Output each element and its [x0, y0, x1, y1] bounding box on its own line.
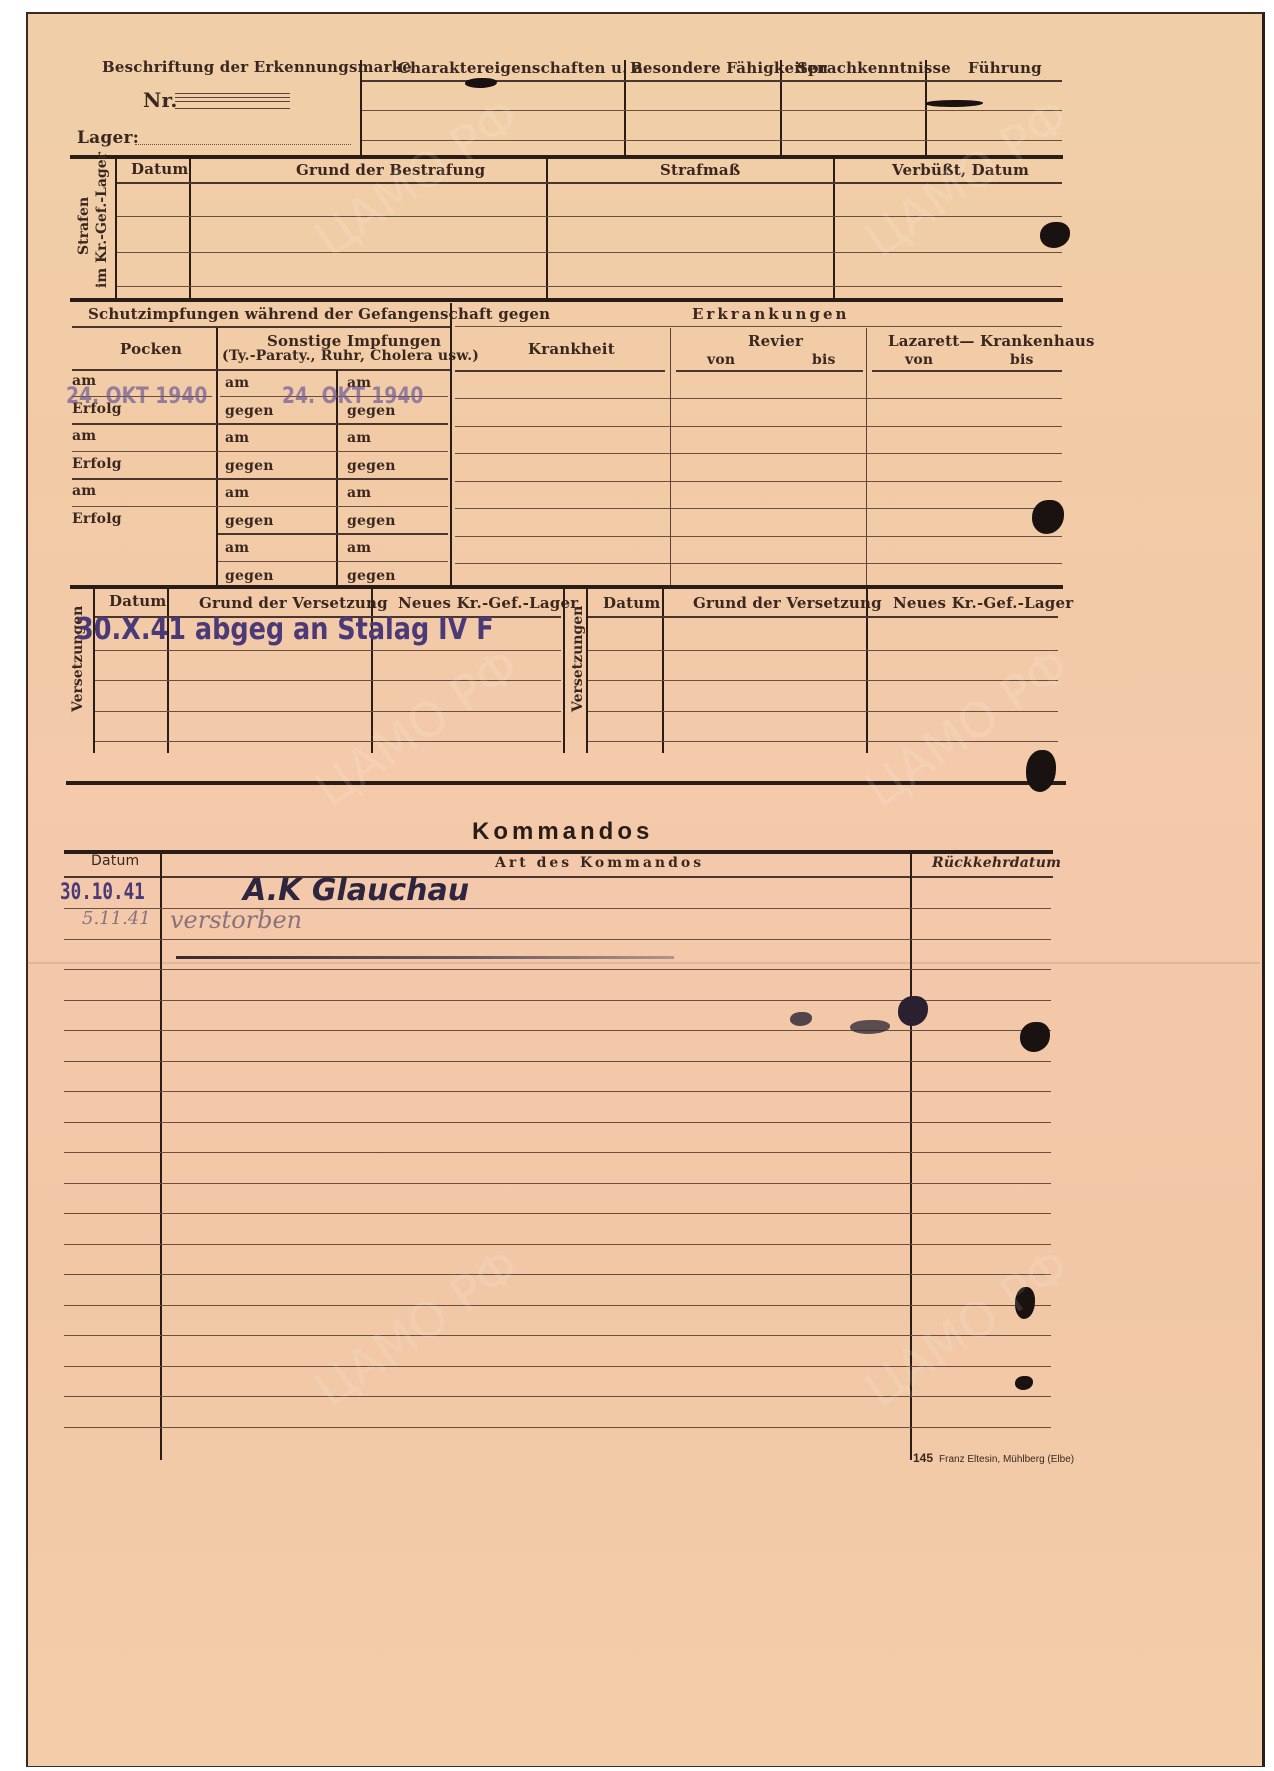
- kommandos-title: Kommandos: [472, 818, 653, 846]
- other-am-3a: am: [225, 485, 249, 501]
- other-am-2a: am: [225, 430, 249, 446]
- print-number: 145: [913, 1451, 933, 1465]
- tag-inscription-label: Beschriftung der Erkennungsmarke: [102, 58, 412, 76]
- other-gegen-4b: gegen: [347, 568, 396, 584]
- vaccination-date-stamp-2: 24. OKT 1940: [282, 384, 423, 409]
- other-am-4a: am: [225, 540, 249, 556]
- punishments-side-label-2: im Kr.-Gef.-Lager: [94, 152, 110, 288]
- kommando-row-2-date: 5.11.41: [82, 908, 151, 929]
- col-datum: Datum: [131, 160, 188, 178]
- infirmary-label: Revier: [748, 332, 803, 350]
- transfer-stamp: 30.X.41 abgeg an Stalag IV F: [76, 612, 494, 647]
- kommando-row-1-date: 30.10.41: [60, 880, 145, 905]
- transfer-col-datum-2: Datum: [603, 594, 660, 612]
- other-am-1a: am: [225, 375, 249, 391]
- transfer-col-reason: Grund der Versetzung: [199, 594, 388, 612]
- vaccination-date-stamp-1: 24. OKT 1940: [66, 384, 207, 409]
- nr-label: Nr.: [143, 88, 178, 112]
- smallpox-am-2: am: [72, 428, 96, 444]
- kommando-col-type: Art des Kommandos: [495, 855, 704, 871]
- hospital-from: von: [905, 352, 933, 368]
- smallpox-erfolg-3: Erfolg: [72, 511, 122, 527]
- infirmary-from: von: [707, 352, 735, 368]
- kommando-row-2-type: verstorben: [170, 906, 302, 934]
- other-vaccinations-sublabel: (Ty.-Paraty., Ruhr, Cholera usw.): [222, 348, 479, 364]
- transfer-col-reason-2: Grund der Versetzung: [693, 594, 882, 612]
- fold-line: [26, 962, 1260, 964]
- illnesses-title: Erkrankungen: [692, 305, 849, 323]
- col-penalty: Strafmaß: [660, 161, 740, 179]
- other-am-4b: am: [347, 540, 371, 556]
- other-am-3b: am: [347, 485, 371, 501]
- printer-imprint: 145Franz Eltesin, Mühlberg (Elbe): [913, 1451, 1074, 1465]
- transfer-col-datum: Datum: [109, 592, 166, 610]
- other-gegen-2a: gegen: [225, 458, 274, 474]
- other-gegen-1a: gegen: [225, 403, 274, 419]
- transfer-col-camp-2: Neues Kr.-Gef.-Lager: [893, 594, 1073, 612]
- languages-label: Sprachkenntnisse: [797, 59, 951, 77]
- lager-field[interactable]: [135, 144, 351, 145]
- kommando-col-return: Rückkehrdatum: [932, 855, 1061, 871]
- col-reason: Grund der Bestrafung: [296, 161, 485, 179]
- nr-field[interactable]: [175, 93, 290, 109]
- other-gegen-4a: gegen: [225, 568, 274, 584]
- character-label: Charaktereigenschaften u. a.: [398, 59, 648, 77]
- document-page: [26, 12, 1265, 1767]
- lager-label: Lager:: [77, 128, 139, 148]
- other-am-2b: am: [347, 430, 371, 446]
- transfer-col-camp: Neues Kr.-Gef.-Lager: [398, 594, 578, 612]
- vaccinations-title: Schutzimpfungen während der Gefangenscha…: [88, 305, 550, 323]
- kommando-row-1-type: A.K Glauchau: [243, 873, 469, 908]
- smallpox-label: Pocken: [120, 340, 182, 358]
- infirmary-to: bis: [812, 352, 836, 368]
- hospital-label: Lazarett— Krankenhaus: [888, 332, 1095, 350]
- ink-strike-line: [176, 956, 674, 959]
- other-gegen-3b: gegen: [347, 513, 396, 529]
- hospital-to: bis: [1010, 352, 1034, 368]
- printer-name: Franz Eltesin, Mühlberg (Elbe): [939, 1454, 1074, 1465]
- smallpox-am-3: am: [72, 483, 96, 499]
- kommando-col-datum: Datum: [91, 853, 139, 869]
- transfers-side-label-right: Versetzungen: [570, 606, 586, 712]
- other-gegen-2b: gegen: [347, 458, 396, 474]
- col-served-date: Verbüßt, Datum: [892, 161, 1029, 179]
- punishments-side-label-1: Strafen: [76, 197, 92, 255]
- smallpox-erfolg-2: Erfolg: [72, 456, 122, 472]
- illness-label: Krankheit: [528, 340, 615, 358]
- conduct-label: Führung: [968, 59, 1042, 77]
- other-gegen-3a: gegen: [225, 513, 274, 529]
